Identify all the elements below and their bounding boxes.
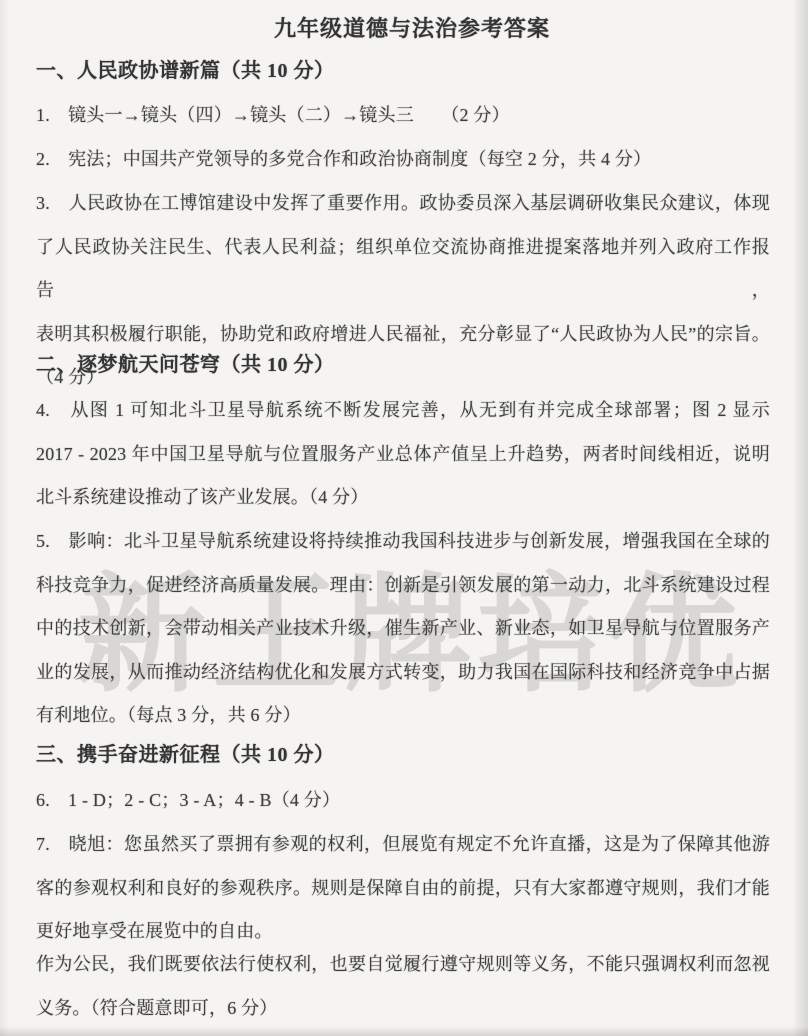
answer-item-7: 7. 晓旭：您虽然买了票拥有参观的权利，但展览有规定不允许直播，这是为了保障其他… — [36, 823, 770, 954]
scan-edge-left — [0, 0, 10, 1036]
answer-line: 7. 晓旭：您虽然买了票拥有参观的权利，但展览有规定不允许直播，这是为了保障其他… — [36, 823, 770, 867]
section-heading-3: 三、携手奋进新征程（共 10 分） — [36, 734, 770, 778]
answer-item-2: 2. 宪法；中国共产党领导的多党合作和政治协商制度（每空 2 分，共 4 分） — [36, 138, 770, 182]
answer-line: 作为公民，我们既要依法行使权利，也要自觉履行遵守规则等义务，不能只强调权利而忽视 — [36, 943, 770, 987]
answer-line: 北斗系统建设推动了该产业发展。（4 分） — [36, 476, 770, 520]
answer-line: 5. 影响：北斗卫星导航系统建设将持续推动我国科技进步与创新发展，增强我国在全球… — [36, 520, 770, 564]
answer-item-6: 6. 1 - D；2 - C；3 - A；4 - B（4 分） — [36, 779, 770, 823]
answer-item-5: 5. 影响：北斗卫星导航系统建设将持续推动我国科技进步与创新发展，增强我国在全球… — [36, 520, 770, 738]
answer-line: 了人民政协关注民生、代表人民利益；组织单位交流协商推进提案落地并列入政府工作报告… — [36, 226, 770, 313]
answer-line: 1. 镜头一→镜头（四）→镜头（二）→镜头三 （2 分） — [36, 94, 770, 138]
section-heading-2: 二、逐梦航天问苍穹（共 10 分） — [36, 344, 770, 388]
page-title: 九年级道德与法治参考答案 — [36, 14, 788, 44]
answer-item-7-continued: 作为公民，我们既要依法行使权利，也要自觉履行遵守规则等义务，不能只强调权利而忽视… — [36, 943, 770, 1030]
answer-line: 义务。（符合题意即可，6 分） — [36, 987, 770, 1031]
answer-line: 4. 从图 1 可知北斗卫星导航系统不断发展完善，从无到有并完成全球部署；图 2… — [36, 389, 770, 433]
answer-line: 6. 1 - D；2 - C；3 - A；4 - B（4 分） — [36, 779, 770, 823]
answer-line: 有利地位。（每点 3 分，共 6 分） — [36, 694, 770, 738]
document-page: 新王牌培优 九年级道德与法治参考答案 一、人民政协谱新篇（共 10 分） 1. … — [0, 0, 808, 1036]
answer-item-4: 4. 从图 1 可知北斗卫星导航系统不断发展完善，从无到有并完成全球部署；图 2… — [36, 389, 770, 520]
answer-line: 2. 宪法；中国共产党领导的多党合作和政治协商制度（每空 2 分，共 4 分） — [36, 138, 770, 182]
answer-line: 3. 人民政协在工博馆建设中发挥了重要作用。政协委员深入基层调研收集民众建议，体… — [36, 182, 770, 226]
answer-line: 中的技术创新，会带动相关产业技术升级，催生新产业、新业态，如卫星导航与位置服务产 — [36, 607, 770, 651]
answer-line: 科技竞争力，促进经济高质量发展。理由：创新是引领发展的第一动力，北斗系统建设过程 — [36, 564, 770, 608]
answer-line: 客的参观权利和良好的参观秩序。规则是保障自由的前提，只有大家都遵守规则，我们才能 — [36, 867, 770, 911]
section-heading-1: 一、人民政协谱新篇（共 10 分） — [36, 50, 770, 94]
answer-line: 业的发展，从而推动经济结构优化和发展方式转变，助力我国在国际科技和经济竞争中占据 — [36, 651, 770, 695]
answer-item-1: 1. 镜头一→镜头（四）→镜头（二）→镜头三 （2 分） — [36, 94, 770, 138]
answer-line: 2017 - 2023 年中国卫星导航与位置服务产业总体产值呈上升趋势，两者时间… — [36, 433, 770, 477]
